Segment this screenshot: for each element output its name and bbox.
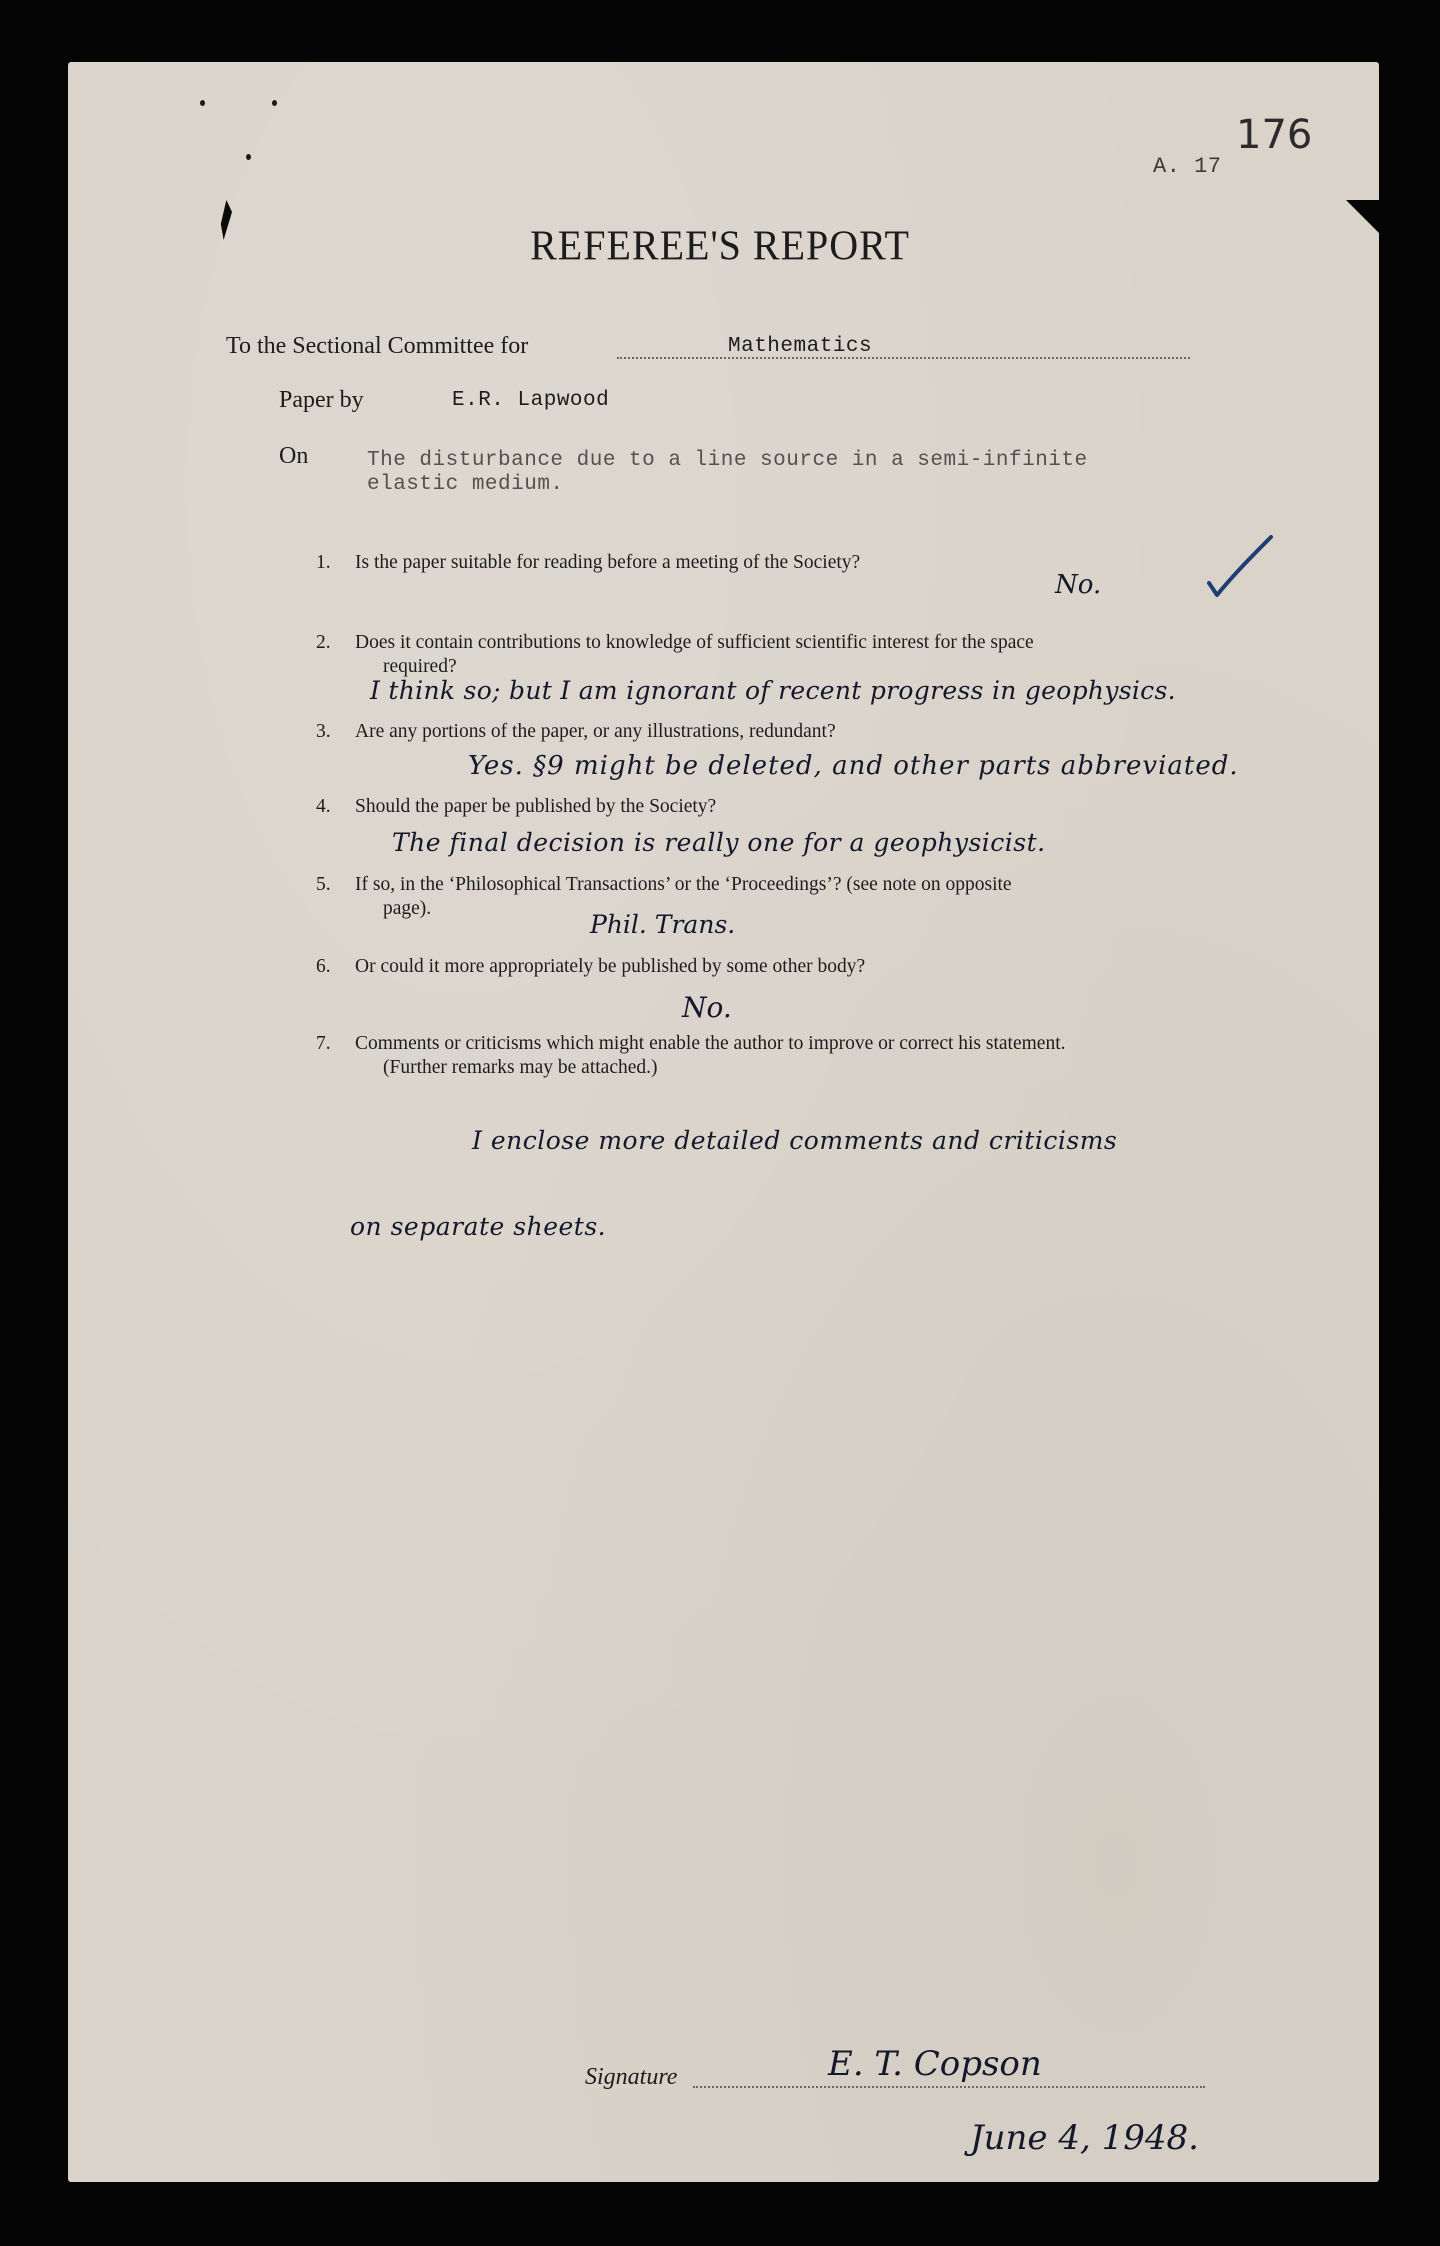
- question-text: If so, in the ‘Philosophical Transaction…: [355, 873, 1012, 897]
- question-number: 6.: [316, 955, 331, 979]
- archive-number: 176: [1236, 112, 1312, 158]
- committee-value: Mathematics: [728, 335, 872, 358]
- paper-title-line2: elastic medium.: [367, 473, 564, 496]
- question-text: Are any portions of the paper, or any il…: [355, 720, 836, 744]
- question-3: 3. Are any portions of the paper, or any…: [316, 720, 1316, 744]
- paper-by-label: Paper by: [279, 387, 364, 414]
- signature-date: June 4, 1948.: [970, 2118, 1199, 2158]
- question-5: 5. If so, in the ‘Philosophical Transact…: [316, 873, 1316, 921]
- answer-5: Phil. Trans.: [590, 910, 735, 939]
- committee-label: To the Sectional Committee for: [226, 333, 528, 360]
- question-continuation: (Further remarks may be attached.): [383, 1056, 658, 1080]
- question-number: 3.: [316, 720, 331, 744]
- signature-label: Signature: [585, 2064, 677, 2091]
- question-1: 1. Is the paper suitable for reading bef…: [316, 551, 1316, 575]
- on-label: On: [279, 443, 308, 470]
- committee-dotted-line: [617, 357, 1190, 359]
- question-4: 4. Should the paper be published by the …: [316, 795, 1316, 819]
- page-title: REFEREE'S REPORT: [0, 221, 1440, 270]
- answer-6: No.: [682, 991, 732, 1024]
- punch-hole: [246, 154, 251, 160]
- answer-7-line1: I enclose more detailed comments and cri…: [472, 1126, 1117, 1155]
- answer-7-line2: on separate sheets.: [350, 1212, 606, 1241]
- question-text: Should the paper be published by the Soc…: [355, 795, 716, 819]
- question-6: 6. Or could it more appropriately be pub…: [316, 955, 1316, 979]
- document-page: [68, 62, 1379, 2182]
- paper-title-line1: The disturbance due to a line source in …: [367, 449, 1088, 472]
- question-text: Or could it more appropriately be publis…: [355, 955, 865, 979]
- question-number: 1.: [316, 551, 331, 575]
- question-continuation: page).: [383, 897, 431, 921]
- answer-2: I think so; but I am ignorant of recent …: [370, 676, 1176, 705]
- question-number: 5.: [316, 873, 331, 897]
- paper-author: E.R. Lapwood: [452, 389, 609, 412]
- question-2: 2. Does it contain contributions to know…: [316, 631, 1316, 679]
- answer-4: The final decision is really one for a g…: [392, 828, 1046, 857]
- punch-hole: [200, 100, 205, 106]
- punch-hole: [272, 100, 277, 106]
- question-text: Is the paper suitable for reading before…: [355, 551, 860, 575]
- question-7: 7. Comments or criticisms which might en…: [316, 1032, 1316, 1080]
- question-number: 2.: [316, 631, 331, 655]
- signature-dotted-line: [693, 2086, 1205, 2088]
- form-code: A. 17: [1153, 154, 1222, 179]
- signature-value: E. T. Copson: [828, 2044, 1042, 2084]
- answer-3: Yes. §9 might be deleted, and other part…: [468, 751, 1239, 781]
- answer-1: No.: [1055, 570, 1101, 600]
- check-mark-icon: [1205, 533, 1275, 603]
- question-number: 7.: [316, 1032, 331, 1056]
- question-text: Comments or criticisms which might enabl…: [355, 1032, 1066, 1056]
- question-number: 4.: [316, 795, 331, 819]
- question-text: Does it contain contributions to knowled…: [355, 631, 1034, 655]
